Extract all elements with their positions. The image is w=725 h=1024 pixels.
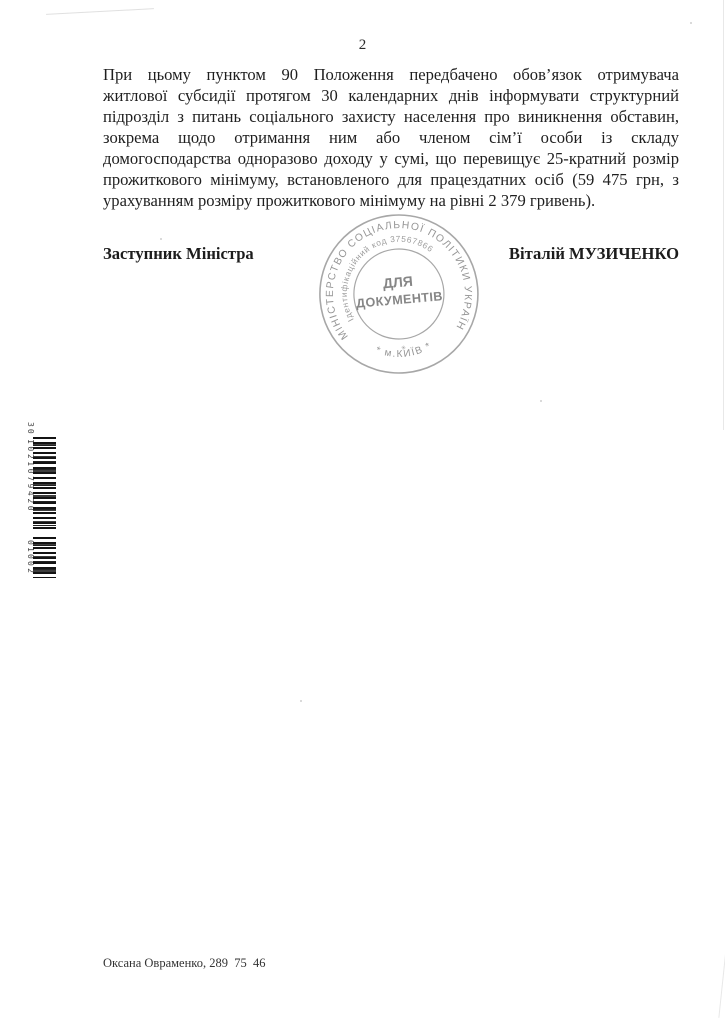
- stamp-center-line1: ДЛЯ: [382, 273, 413, 292]
- paragraph-line: житлової субсидії протягом 30 календарни…: [103, 85, 679, 106]
- scan-speck: [540, 400, 542, 402]
- body-paragraph: При цьому пунктом 90 Положення передбаче…: [103, 64, 679, 211]
- ministry-stamp: МІНІСТЕРСТВО СОЦІАЛЬНОЇ ПОЛІТИКИ УКРАЇНИ…: [306, 203, 492, 387]
- signer-name: Віталій МУЗИЧЕНКО: [509, 244, 679, 264]
- stamp-center-line2: ДОКУМЕНТІВ: [356, 289, 444, 311]
- paragraph-line: домогосподарства одноразово доходу у сум…: [103, 148, 679, 169]
- barcode-bars: [33, 437, 56, 530]
- paragraph-line: урахуванням розміру прожиткового мінімум…: [103, 190, 679, 211]
- paragraph-line: При цьому пунктом 90 Положення передбаче…: [103, 64, 679, 85]
- scan-artifact-line: [723, 0, 724, 430]
- paragraph-line: зокрема щодо отримання ним або членом сі…: [103, 127, 679, 148]
- stamp-star-icon: ✳: [401, 345, 407, 352]
- footer-contact: Оксана Овраменко, 289 75 46: [103, 956, 265, 971]
- scan-artifact-line: [718, 948, 725, 1018]
- paragraph-line: прожиткового мінімуму, встановленого для…: [103, 169, 679, 190]
- scan-speck: [300, 700, 302, 702]
- paragraph-line: підрозділ з питань соціального захисту н…: [103, 106, 679, 127]
- scan-speck: [690, 22, 692, 24]
- page-number: 2: [0, 37, 725, 54]
- scan-artifact-line: [46, 8, 154, 15]
- barcode-top-digits: 30: [26, 422, 35, 436]
- barcode-bars: [33, 537, 56, 578]
- scanned-document-page: { "page": { "number": "2" }, "paragraph"…: [0, 0, 725, 1024]
- signer-title: Заступник Міністра: [103, 244, 254, 264]
- scan-speck: [160, 238, 162, 240]
